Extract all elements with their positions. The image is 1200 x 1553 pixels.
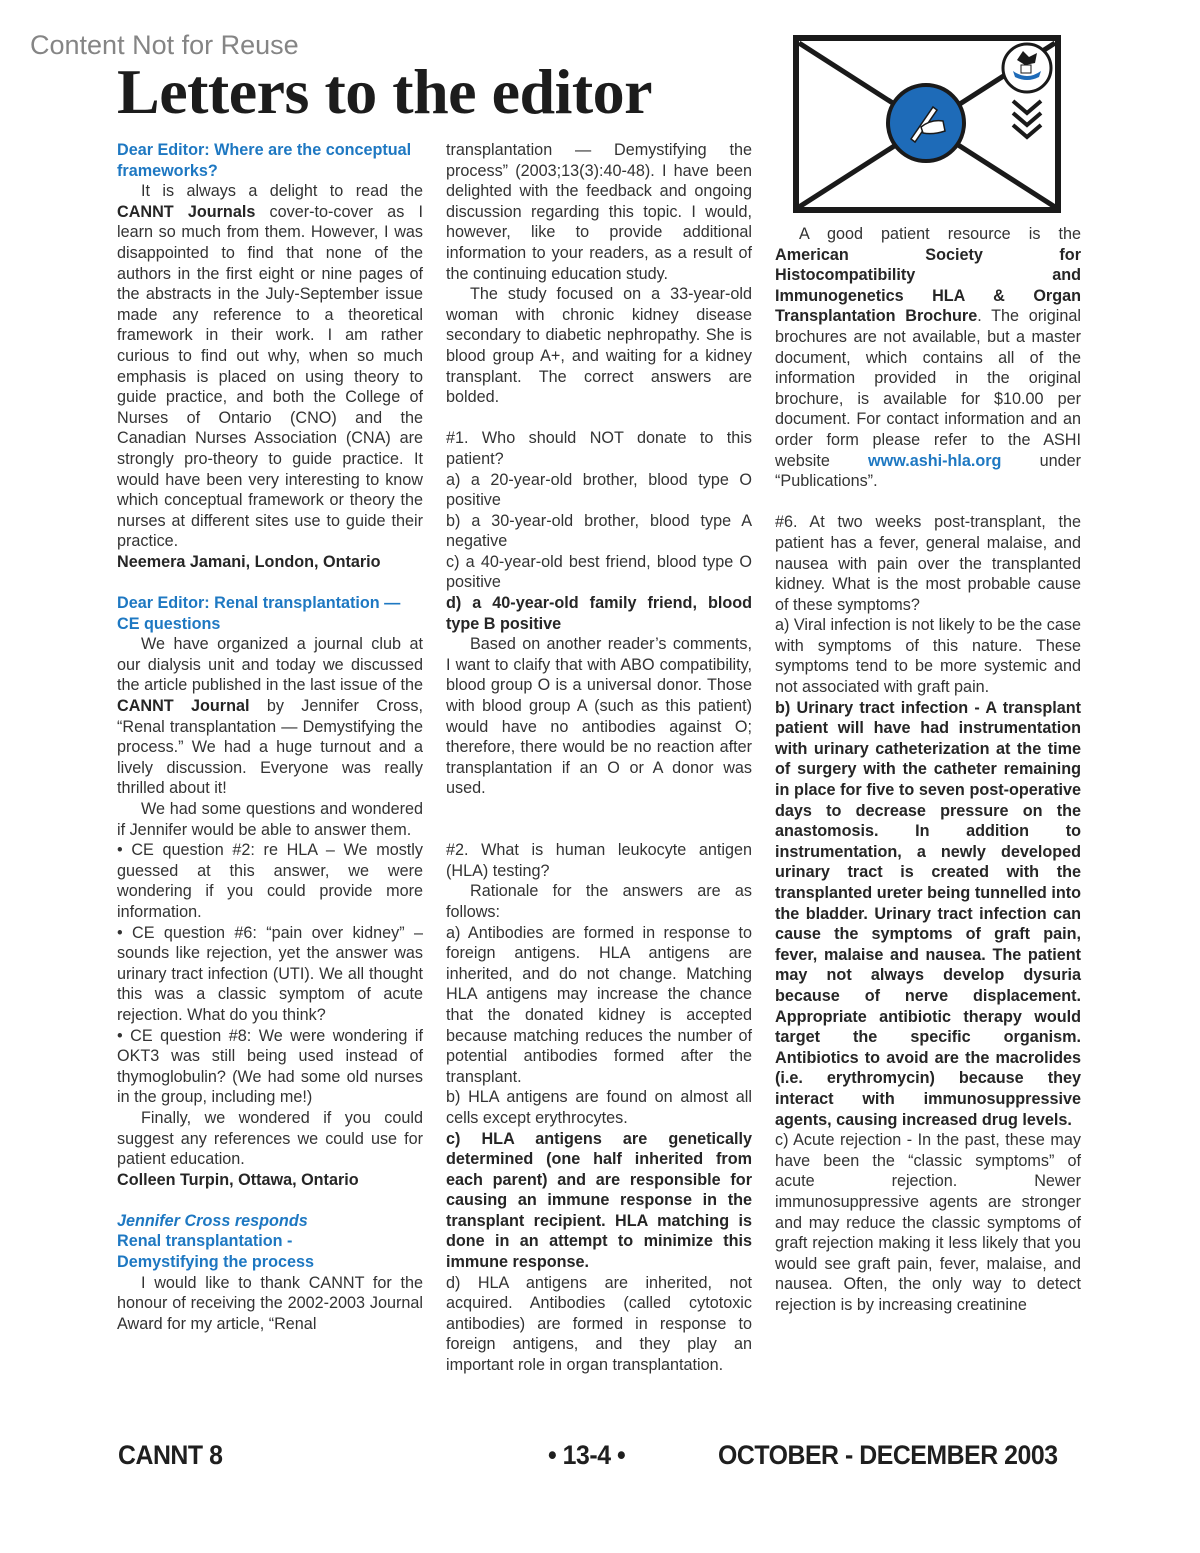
letter-conceptual-frameworks: Dear Editor: Where are the conceptual fr…	[117, 140, 423, 572]
letter-signature: Colleen Turpin, Ottawa, Ontario	[117, 1170, 423, 1191]
column-1: Dear Editor: Where are the conceptual fr…	[117, 140, 423, 1334]
letter-ce-questions: Dear Editor: Renal transplantation — CE …	[117, 593, 423, 1190]
response-subheading: Renal transplantation -	[117, 1231, 423, 1252]
response-body: transplantation — Demystifying the proce…	[446, 140, 752, 284]
answer-option-correct: b) Urinary tract infection - A transplan…	[775, 698, 1081, 1130]
answer-option: b) a 30-year-old brother, blood type A n…	[446, 511, 752, 552]
question-6: #6. At two weeks post-transplant, the pa…	[775, 512, 1081, 615]
footer-publication: CANNT 8	[118, 1440, 222, 1471]
letter-heading: Dear Editor: Renal transplantation — CE …	[117, 593, 423, 634]
letter-signature: Neemera Jamani, London, Ontario	[117, 552, 423, 573]
envelope-with-writing-hand-icon	[793, 35, 1061, 213]
answer-option-correct: c) HLA antigens are genetically determin…	[446, 1129, 752, 1273]
bullet-item: • CE question #2: re HLA – We mostly gue…	[117, 840, 423, 922]
answer-option: a) a 20-year-old brother, blood type O p…	[446, 470, 752, 511]
response-body: The study focused on a 33-year-old woman…	[446, 284, 752, 408]
answer-option: b) HLA antigens are found on almost all …	[446, 1087, 752, 1128]
column-3: A good patient resource is the American …	[775, 224, 1081, 1315]
bullet-item: • CE question #8: We were wondering if O…	[117, 1026, 423, 1108]
letter-body: We had some questions and wondered if Je…	[117, 799, 423, 840]
letter-body: It is always a delight to read the CANNT…	[117, 181, 423, 552]
letter-heading: Dear Editor: Where are the conceptual fr…	[117, 140, 423, 181]
page-title: Letters to the editor	[117, 60, 652, 124]
response-body: Rationale for the answers are as follows…	[446, 881, 752, 922]
question-2: #2. What is human leukocyte antigen (HLA…	[446, 840, 752, 881]
response-heading: Jennifer Cross responds	[117, 1211, 423, 1232]
response-body: Based on another reader’s comments, I wa…	[446, 634, 752, 799]
writing-hand-icon	[888, 85, 964, 161]
column-2: transplantation — Demystifying the proce…	[446, 140, 752, 1376]
footer-issue-number: • 13-4 •	[548, 1440, 625, 1471]
ashi-website-link[interactable]: www.ashi-hla.org	[868, 452, 1001, 470]
answer-option: a) Viral infection is not likely to be t…	[775, 615, 1081, 697]
answer-option: d) HLA antigens are inherited, not acqui…	[446, 1273, 752, 1376]
response-body: I would like to thank CANNT for the hono…	[117, 1273, 423, 1335]
answer-option: a) Antibodies are formed in response to …	[446, 923, 752, 1088]
letter-body: We have organized a journal club at our …	[117, 634, 423, 799]
response-subheading: Demystifying the process	[117, 1252, 423, 1273]
response-section: Jennifer Cross responds Renal transplant…	[117, 1211, 423, 1335]
resource-paragraph: A good patient resource is the American …	[775, 224, 1081, 492]
footer-date: OCTOBER - DECEMBER 2003	[718, 1440, 1058, 1471]
bullet-item: • CE question #6: “pain over kidney” – s…	[117, 923, 423, 1026]
letter-body: Finally, we wondered if you could sugges…	[117, 1108, 423, 1170]
answer-option: c) a 40-year-old best friend, blood type…	[446, 552, 752, 593]
answer-option-correct: d) a 40-year-old family friend, blood ty…	[446, 593, 752, 634]
answer-option: c) Acute rejection - In the past, these …	[775, 1130, 1081, 1315]
maple-leaf-ship-stamp-icon	[1003, 44, 1051, 92]
question-1: #1. Who should NOT donate to this patien…	[446, 428, 752, 469]
